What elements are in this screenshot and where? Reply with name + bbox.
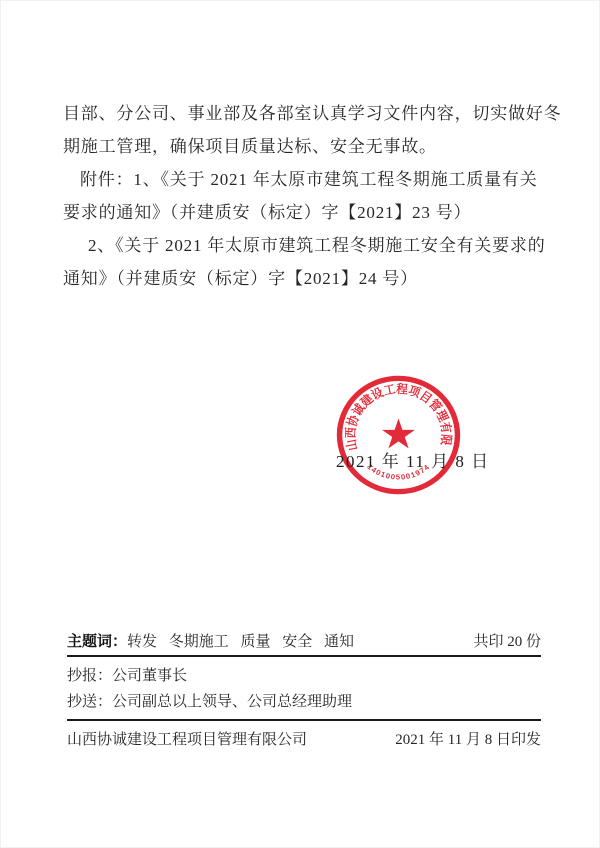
- document-page: 目部、分公司、事业部及各部室认真学习文件内容，切实做好冬 期施工管理，确保项目质…: [0, 0, 600, 848]
- subject-terms: 转发 冬期施工 质量 安全 通知: [127, 634, 354, 650]
- attachment-line-1-cont: 要求的通知》（并建质安（标定）字【2021】23 号）: [63, 196, 541, 229]
- subject-label: 主题词：: [67, 634, 127, 650]
- copy-to-row: 抄报：公司董事长: [67, 657, 541, 689]
- cc-label: 抄送：: [67, 694, 112, 710]
- copy-to-label: 抄报：: [67, 668, 112, 684]
- attachment-line-2-cont: 通知》（并建质安（标定）字【2021】24 号）: [63, 262, 541, 295]
- footer-block: 主题词：转发 冬期施工 质量 安全 通知 共印 20 份 抄报：公司董事长 抄送…: [67, 631, 541, 752]
- document-date: 2021 年 11 月 8 日: [336, 447, 490, 472]
- cc-row: 抄送：公司副总以上领导、公司总经理助理: [67, 689, 541, 715]
- attachment-line-2: 2、《关于 2021 年太原市建筑工程冬期施工安全有关要求的: [63, 229, 541, 262]
- issue-date: 2021 年 11 月 8 日印发: [395, 728, 541, 752]
- subject-row: 主题词：转发 冬期施工 质量 安全 通知 共印 20 份: [67, 631, 541, 653]
- company-seal: 山西协诚建设工程项目管理有限公司 1401005001974: [335, 374, 462, 496]
- cc-value: 公司副总以上领导、公司总经理助理: [112, 694, 352, 710]
- copy-to-value: 公司董事长: [112, 668, 187, 684]
- body-text: 目部、分公司、事业部及各部室认真学习文件内容，切实做好冬 期施工管理，确保项目质…: [63, 97, 541, 295]
- issuer-row: 山西协诚建设工程项目管理有限公司 2021 年 11 月 8 日印发: [67, 721, 541, 752]
- print-count: 共印 20 份: [473, 631, 541, 653]
- attachment-line-1: 附件：1、《关于 2021 年太原市建筑工程冬期施工质量有关: [63, 163, 541, 196]
- issuer-name: 山西协诚建设工程项目管理有限公司: [67, 728, 307, 752]
- red-star-icon: [382, 418, 415, 448]
- body-line: 目部、分公司、事业部及各部室认真学习文件内容，切实做好冬: [63, 97, 541, 130]
- body-line: 期施工管理，确保项目质量达标、安全无事故。: [63, 130, 541, 163]
